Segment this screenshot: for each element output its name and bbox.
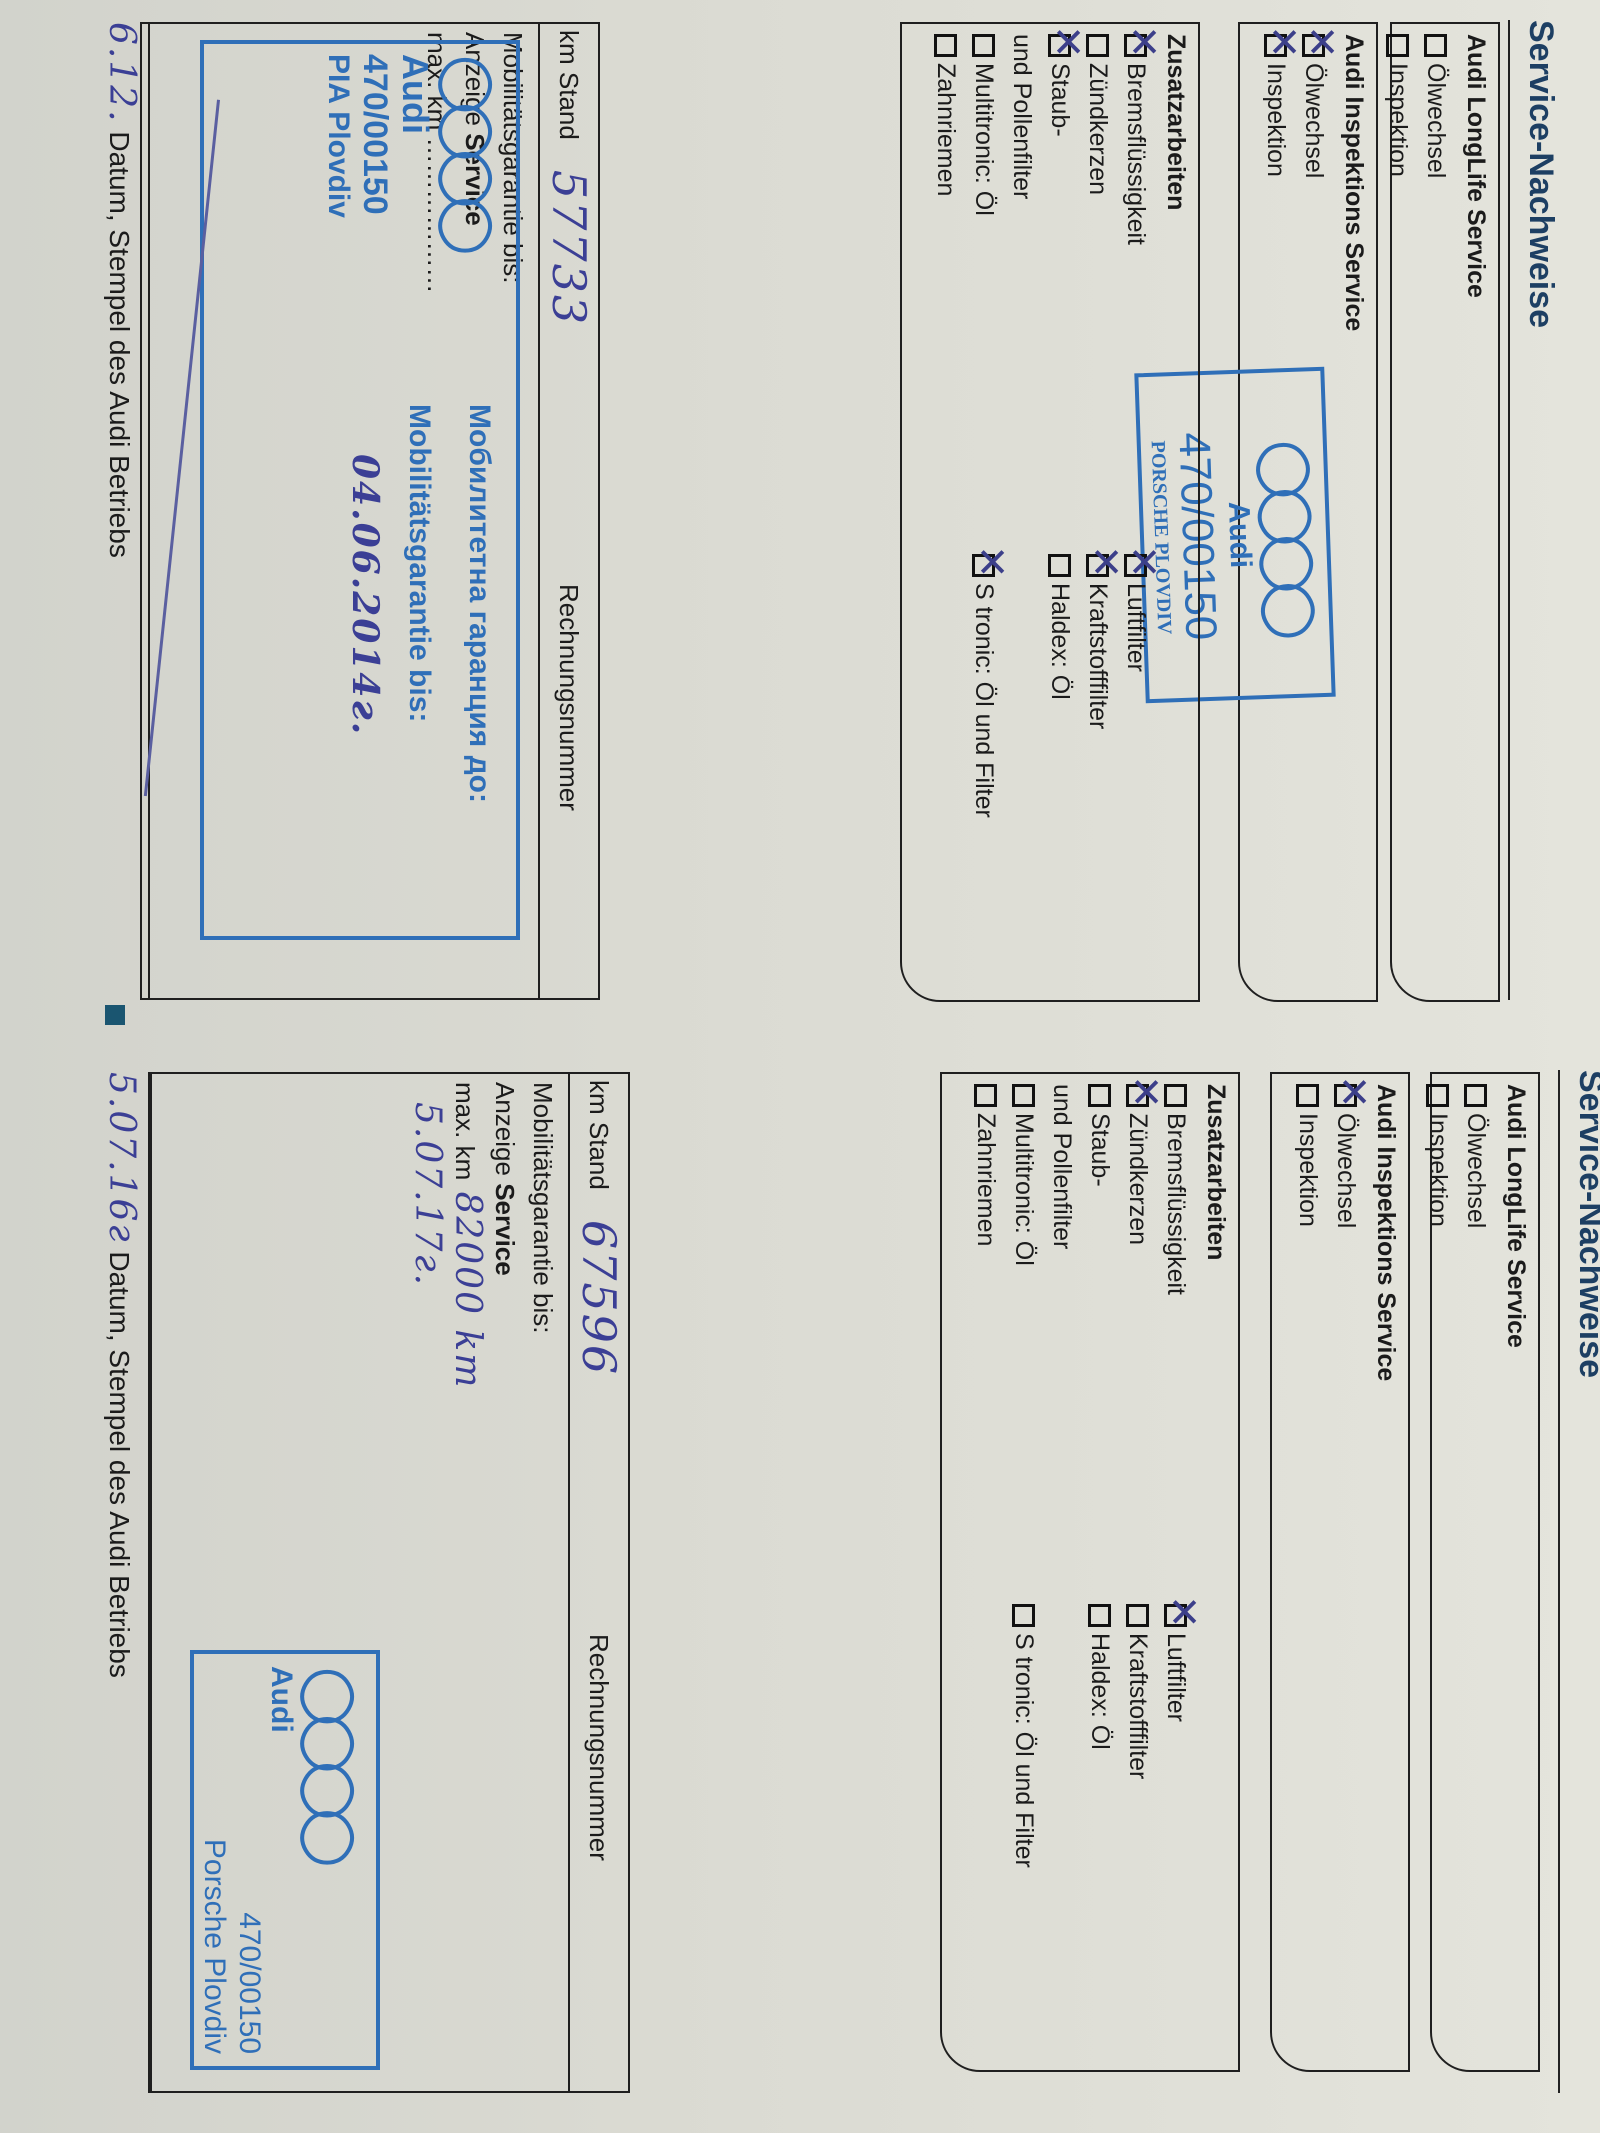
- checkbox-luftfilter[interactable]: Luftfilter: [1117, 554, 1155, 990]
- checkbox-stronic[interactable]: S tronic: Öl und Filter: [965, 554, 1003, 990]
- checkbox-icon[interactable]: [1049, 554, 1072, 577]
- mobility-stamp: ○○○○ Audi 470/00150 PIA Plovdiv Мобилите…: [200, 40, 520, 940]
- title-rule: [1508, 20, 1510, 1000]
- checkbox-icon[interactable]: [1425, 34, 1448, 57]
- checkbox-checked-icon[interactable]: [1265, 34, 1288, 57]
- checkbox-stronic[interactable]: S tronic: Öl und Filter: [1005, 1604, 1043, 2060]
- checkbox-icon[interactable]: [1387, 34, 1410, 57]
- checkbox-checked-icon[interactable]: [973, 554, 996, 577]
- checkbox-icon[interactable]: [1427, 1084, 1450, 1107]
- checkbox-checked-icon[interactable]: [1125, 34, 1148, 57]
- max-km-value: 82000 km: [447, 1191, 488, 1389]
- page-marker-icon: [105, 1005, 125, 1025]
- km-stand-row: km Stand 57733 Rechnungsnummer: [540, 22, 600, 1000]
- rechnungsnummer-label: Rechnungsnummer: [554, 584, 585, 811]
- checkbox-zuendkerzen[interactable]: Zündkerzen: [1079, 34, 1117, 554]
- zusatz-col1: Bremsflüssigkeit Zündkerzen Staub- und P…: [927, 34, 1155, 554]
- checkbox-kraftstofffilter[interactable]: Kraftstofffilter: [1119, 1604, 1157, 2060]
- longlife-box: Audi LongLife Service Ölwechsel Inspekti…: [1390, 22, 1500, 1002]
- checkbox-icon[interactable]: [1297, 1084, 1320, 1107]
- staubfilter-label-line2: und Pollenfilter: [1043, 1084, 1081, 1604]
- checkbox-icon[interactable]: [975, 1084, 998, 1107]
- staubfilter-label-line2: und Pollenfilter: [1003, 34, 1041, 554]
- inspektion-box: Audi Inspektions Service Ölwechsel Inspe…: [1270, 1072, 1410, 2072]
- checkbox-inspektion[interactable]: Inspektion: [1379, 34, 1417, 990]
- checkbox-icon[interactable]: [1089, 1084, 1112, 1107]
- title-rule: [1558, 1070, 1560, 2093]
- checkbox-inspektion[interactable]: Inspektion: [1289, 1084, 1327, 2060]
- right-page: Service-Nachweise Audi LongLife Service …: [0, 1050, 1600, 2133]
- checkbox-bremsfluessigkeit[interactable]: Bremsflüssigkeit: [1157, 1084, 1195, 1604]
- footer-date: 5.07.16г: [101, 1072, 142, 1244]
- checkbox-staubfilter[interactable]: Staub-: [1041, 34, 1079, 554]
- zusatz-col1: Bremsflüssigkeit Zündkerzen Staub- und P…: [967, 1084, 1195, 1604]
- audi-rings-icon: ○○○○: [298, 1666, 368, 2054]
- longlife-heading: Audi LongLife Service: [1461, 34, 1490, 990]
- checkbox-checked-icon[interactable]: [1049, 34, 1072, 57]
- checkbox-multitronic[interactable]: Multitronic: Öl: [1005, 1084, 1043, 1604]
- km-value: 67596: [572, 1220, 626, 1376]
- checkbox-icon[interactable]: [1127, 1604, 1150, 1627]
- mobility-date: 5.07.17г.: [408, 1102, 446, 2083]
- left-page: Service-Nachweise Audi LongLife Service …: [0, 0, 1600, 1040]
- checkbox-checked-icon[interactable]: [1335, 1084, 1358, 1107]
- zusatz-box: Zusatzarbeiten Bremsflüssigkeit Zündkerz…: [900, 22, 1200, 1002]
- checkbox-oelwechsel[interactable]: Ölwechsel: [1417, 34, 1455, 990]
- zusatz-heading: Zusatzarbeiten: [1161, 34, 1190, 990]
- checkbox-haldex[interactable]: Haldex: Öl: [1081, 1604, 1119, 2060]
- zusatz-col2: Luftfilter Kraftstofffilter Haldex: Öl S…: [927, 554, 1155, 990]
- checkbox-icon[interactable]: [1013, 1604, 1036, 1627]
- checkbox-oelwechsel[interactable]: Ölwechsel: [1457, 1084, 1495, 2060]
- checkbox-zahnriemen[interactable]: Zahnriemen: [927, 34, 965, 554]
- km-stand-row: km Stand 67596 Rechnungsnummer: [570, 1072, 630, 2093]
- checkbox-icon[interactable]: [935, 34, 958, 57]
- checkbox-zahnriemen[interactable]: Zahnriemen: [967, 1084, 1005, 1604]
- checkbox-kraftstofffilter[interactable]: Kraftstofffilter: [1079, 554, 1117, 990]
- footer: 5.07.16г Datum, Stempel des Audi Betrieb…: [101, 1072, 150, 2093]
- checkbox-checked-icon[interactable]: [1165, 1604, 1188, 1627]
- checkbox-multitronic[interactable]: Multitronic: Öl: [965, 34, 1003, 554]
- checkbox-bremsfluessigkeit[interactable]: Bremsflüssigkeit: [1117, 34, 1155, 554]
- dealer-stamp: ○○○○ Audi 470/00150 Porsche Plovdiv: [190, 1650, 380, 2070]
- zusatz-box: Zusatzarbeiten Bremsflüssigkeit Zündkerz…: [940, 1072, 1240, 2072]
- checkbox-haldex[interactable]: Haldex: Öl: [1041, 554, 1079, 990]
- checkbox-checked-icon[interactable]: [1087, 554, 1110, 577]
- page-title: Service-Nachweise: [1571, 1070, 1600, 1378]
- checkbox-icon[interactable]: [1465, 1084, 1488, 1107]
- page-title: Service-Nachweise: [1521, 20, 1560, 328]
- checkbox-icon[interactable]: [973, 34, 996, 57]
- checkbox-icon[interactable]: [1089, 1604, 1112, 1627]
- checkbox-inspektion[interactable]: Inspektion: [1419, 1084, 1457, 2060]
- footer: 6.12. Datum, Stempel des Audi Betriebs: [101, 22, 150, 1000]
- checkbox-zuendkerzen[interactable]: Zündkerzen: [1119, 1084, 1157, 1604]
- checkbox-checked-icon[interactable]: [1127, 1084, 1150, 1107]
- checkbox-luftfilter[interactable]: Luftfilter: [1157, 1604, 1195, 2060]
- inspektion-heading: Audi Inspektions Service: [1339, 34, 1368, 990]
- mobility-date: 04.06.2014г.: [344, 454, 386, 736]
- km-value: 57733: [542, 170, 596, 326]
- footer-date: 6.12.: [101, 22, 142, 124]
- rechnungsnummer-label: Rechnungsnummer: [584, 1634, 615, 1861]
- checkbox-staubfilter[interactable]: Staub-: [1081, 1084, 1119, 1604]
- longlife-box: Audi LongLife Service Ölwechsel Inspekti…: [1430, 1072, 1540, 2072]
- audi-rings-icon: ○○○○: [1250, 371, 1331, 695]
- checkbox-icon[interactable]: [1013, 1084, 1036, 1107]
- checkbox-oelwechsel[interactable]: Ölwechsel: [1327, 1084, 1365, 2060]
- service-booklet: Service-Nachweise Audi LongLife Service …: [0, 0, 1600, 2133]
- zusatz-col2: Luftfilter Kraftstofffilter Haldex: Öl S…: [967, 1604, 1195, 2060]
